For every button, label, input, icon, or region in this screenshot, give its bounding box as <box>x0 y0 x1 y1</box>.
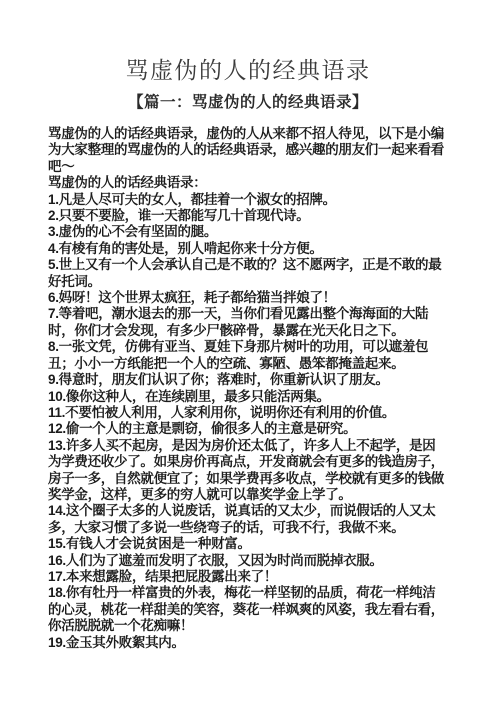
quote-list: 1.凡是人尽可夫的女人，都挂着一个淑女的招牌。2.只要不要脸，谁一天都能写几十首… <box>48 192 444 651</box>
quote-item: 2.只要不要脸，谁一天都能写几十首现代诗。 <box>48 208 444 224</box>
quote-item: 14.这个圈子太多的人说废话，说真话的又太少，而说假话的人又太多，大家习惯了多说… <box>48 503 444 536</box>
quote-item: 9.得意时，朋友们认识了你；落难时，你重新认识了朋友。 <box>48 372 444 388</box>
quote-item: 7.等着吧，潮水退去的那一天，当你们看见露出整个海海面的大陆时，你们才会发现，有… <box>48 306 444 339</box>
quote-item: 12.偷一个人的主意是剽窃，偷很多人的主意是研究。 <box>48 421 444 437</box>
quote-item: 19.金玉其外败絮其内。 <box>48 635 444 651</box>
list-header: 骂虚伪的人的话经典语录： <box>48 175 444 191</box>
quote-item: 1.凡是人尽可夫的女人，都挂着一个淑女的招牌。 <box>48 192 444 208</box>
quote-item: 5.世上又有一个人会承认自己是不敢的？这不愿两字，正是不敢的最好托词。 <box>48 257 444 290</box>
intro-paragraph: 骂虚伪的人的话经典语录，虚伪的人从来都不招人待见，以下是小编为大家整理的骂虚伪的… <box>48 126 444 175</box>
quote-item: 15.有钱人才会说贫困是一种财富。 <box>48 536 444 552</box>
quote-item: 11.不要怕被人利用，人家利用你，说明你还有利用的价值。 <box>48 405 444 421</box>
quote-item: 18.你有牡丹一样富贵的外表，梅花一样坚韧的品质，荷花一样纯洁的心灵，桃花一样甜… <box>48 585 444 634</box>
document-page: 骂虚伪的人的经典语录 【篇一：骂虚伪的人的经典语录】 骂虚伪的人的话经典语录，虚… <box>0 0 496 702</box>
quote-item: 8.一张文凭，仿佛有亚当、夏娃下身那片树叶的功用，可以遮羞包丑；小小一方纸能把一… <box>48 339 444 372</box>
page-title: 骂虚伪的人的经典语录 <box>0 52 496 85</box>
section-heading: 【篇一：骂虚伪的人的经典语录】 <box>0 90 496 112</box>
quote-item: 13.许多人买不起房，是因为房价还太低了，许多人上不起学，是因为学费还收少了。如… <box>48 438 444 504</box>
quote-item: 17.本来想露脸，结果把屁股露出来了！ <box>48 569 444 585</box>
quote-item: 10.像你这种人，在连续剧里，最多只能活两集。 <box>48 389 444 405</box>
quote-item: 16.人们为了遮羞而发明了衣服，又因为时尚而脱掉衣服。 <box>48 553 444 569</box>
quote-item: 4.有棱有角的害处是，别人啃起你来十分方便。 <box>48 241 444 257</box>
quote-item: 6.妈呀！这个世界太疯狂，耗子都给猫当拌娘了！ <box>48 290 444 306</box>
document-body: 骂虚伪的人的话经典语录，虚伪的人从来都不招人待见，以下是小编为大家整理的骂虚伪的… <box>48 126 444 651</box>
quote-item: 3.虚伪的心不会有坚固的腿。 <box>48 224 444 240</box>
